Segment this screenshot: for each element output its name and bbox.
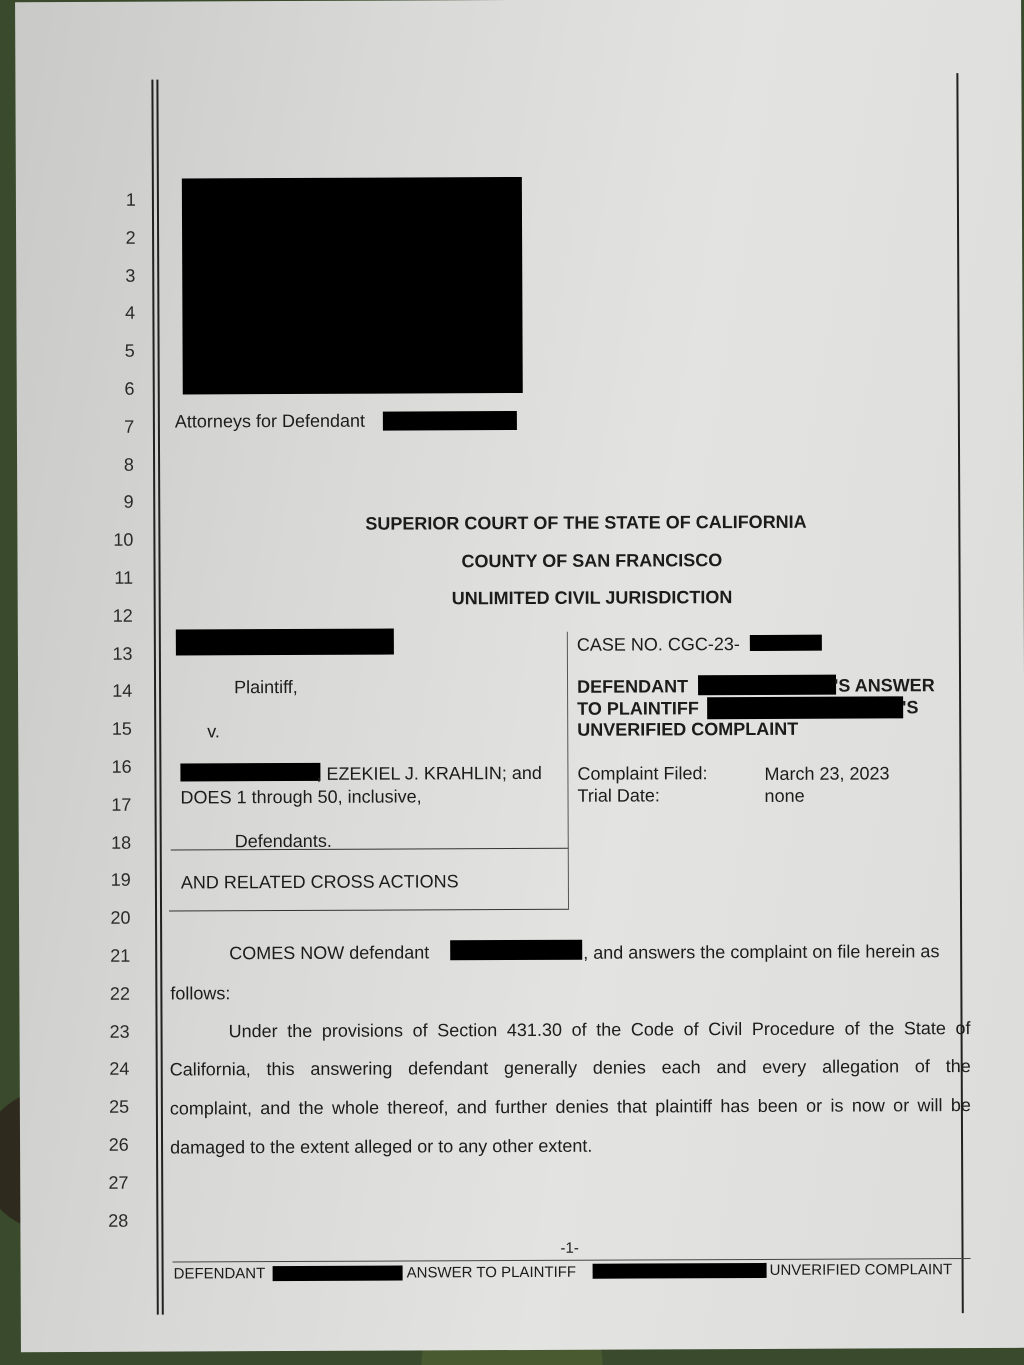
body-para2-line4: damaged to the extent alleged or to any … <box>170 1134 970 1158</box>
redacted-body-defendant <box>450 940 582 961</box>
trial-date-value: none <box>764 786 804 807</box>
court-name: SUPERIOR COURT OF THE STATE OF CALIFORNI… <box>365 512 806 535</box>
caption-divider <box>171 848 569 851</box>
line-numbers: 1234567891011121314151617181920212223242… <box>15 0 1021 2</box>
footer-complaint: UNVERIFIED COMPLAINT <box>770 1261 953 1279</box>
body-para1-cont: follows: <box>170 983 230 1004</box>
document-title-2a: TO PLAINTIFF <box>577 698 699 720</box>
complaint-filed-label: Complaint Filed: <box>577 763 707 785</box>
line-number: 27 <box>88 1173 128 1194</box>
line-number: 9 <box>94 492 134 513</box>
line-number: 13 <box>92 643 132 664</box>
defendants-line-1: , EZEKIEL J. KRAHLIN; and <box>316 763 542 785</box>
versus-label: v. <box>207 721 220 742</box>
line-number: 11 <box>93 568 133 589</box>
line-number: 12 <box>93 605 133 626</box>
body-para2-line3: complaint, and the whole thereof, and fu… <box>170 1095 971 1119</box>
legal-document-page: 1234567891011121314151617181920212223242… <box>15 0 1024 1352</box>
line-number: 4 <box>95 303 135 324</box>
footer-answer: ANSWER TO PLAINTIFF <box>407 1264 577 1282</box>
redacted-case-number <box>750 635 822 651</box>
line-number: 17 <box>91 794 131 815</box>
line-number: 18 <box>91 832 131 853</box>
redacted-title-defendant <box>698 675 836 696</box>
redacted-defendant-party <box>180 763 320 782</box>
document-title-2b: 'S <box>902 697 918 718</box>
line-number: 5 <box>95 341 135 362</box>
line-number: 8 <box>94 454 134 475</box>
line-number: 14 <box>92 681 132 702</box>
redacted-defendant-name <box>383 411 517 431</box>
cross-actions-label: AND RELATED CROSS ACTIONS <box>181 871 459 893</box>
line-number: 24 <box>89 1059 129 1080</box>
line-number: 22 <box>90 984 130 1005</box>
redacted-footer-defendant <box>273 1266 403 1282</box>
redacted-attorney-block <box>182 177 523 394</box>
body-para1-start: COMES NOW defendant <box>229 942 429 964</box>
line-number: 25 <box>89 1097 129 1118</box>
caption-bottom-line <box>169 909 569 912</box>
line-number: 21 <box>90 946 130 967</box>
court-jurisdiction: UNLIMITED CIVIL JURISDICTION <box>452 587 733 609</box>
plaintiff-label: Plaintiff, <box>234 677 298 698</box>
redacted-footer-plaintiff <box>593 1263 767 1279</box>
court-county: COUNTY OF SAN FRANCISCO <box>461 550 722 572</box>
line-number: 2 <box>96 227 136 248</box>
complaint-filed-value: March 23, 2023 <box>764 763 889 785</box>
body-para2-line1: Under the provisions of Section 431.30 o… <box>229 1018 971 1042</box>
attorneys-for-defendant: Attorneys for Defendant <box>175 411 365 433</box>
line-number: 19 <box>91 870 131 891</box>
document-title-3: UNVERIFIED COMPLAINT <box>577 719 798 741</box>
line-number: 1 <box>96 190 136 211</box>
document-title-1b: 'S ANSWER <box>834 675 935 696</box>
body-para1-end: , and answers the complaint on file here… <box>583 941 939 964</box>
redacted-plaintiff-name <box>176 629 394 656</box>
body-para2-line2: California, this answering defendant gen… <box>170 1056 971 1080</box>
line-number: 20 <box>90 908 130 929</box>
right-margin-line <box>956 73 963 1313</box>
line-number: 23 <box>90 1021 130 1042</box>
line-number: 6 <box>94 379 134 400</box>
line-number: 15 <box>92 719 132 740</box>
footer-defendant: DEFENDANT <box>174 1265 266 1282</box>
line-number: 3 <box>95 265 135 286</box>
line-number: 16 <box>92 757 132 778</box>
page-number: -1- <box>560 1240 578 1257</box>
line-number: 26 <box>89 1135 129 1156</box>
line-number: 7 <box>94 416 134 437</box>
defendants-line-2: DOES 1 through 50, inclusive, <box>180 786 421 808</box>
document-title-1a: DEFENDANT <box>577 676 688 697</box>
caption-vertical-divider <box>567 632 569 909</box>
line-number: 10 <box>93 530 133 551</box>
redacted-title-plaintiff <box>707 696 903 719</box>
case-number: CASE NO. CGC-23- <box>577 634 740 656</box>
line-number: 28 <box>88 1210 128 1231</box>
trial-date-label: Trial Date: <box>577 785 659 806</box>
